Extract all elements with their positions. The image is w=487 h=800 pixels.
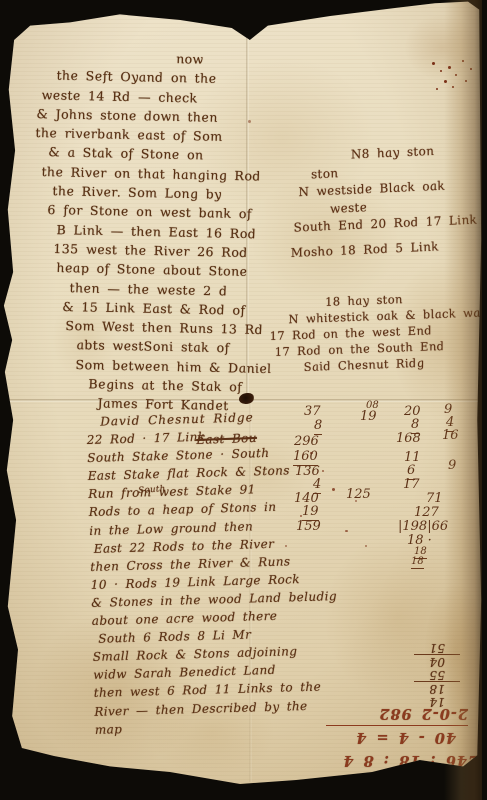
ink-spatter-dot	[440, 70, 442, 72]
handwriting-line: 55	[414, 668, 460, 682]
manuscript-paper: nowthe Seft Oyand on theweste 14 Rd — ch…	[0, 0, 487, 800]
inverted-figure-column: 1418550451	[414, 641, 460, 708]
ink-spatter-dot	[432, 62, 435, 65]
handwriting-line: South End 20 Rod 17 Link	[292, 211, 486, 237]
ink-spatter-dot	[448, 66, 451, 69]
ink-speck	[365, 545, 367, 547]
handwriting-block-upper-left: nowthe Seft Oyand on theweste 14 Rd — ch…	[22, 46, 316, 418]
ink-spatter-dot	[455, 74, 457, 76]
inverted-total-lines: 246 : 18 : 8 440 - 4 = 42-0-2 982	[326, 702, 478, 772]
arithmetic-figure: 159	[296, 519, 321, 534]
handwriting-line: 18	[414, 682, 460, 695]
arithmetic-figure: 296	[294, 434, 319, 449]
arithmetic-figure: 127	[414, 505, 439, 520]
handwriting-block-upper-right: N8 hay stonstonN westside Black oakweste…	[270, 141, 487, 262]
arithmetic-figure: 168	[396, 431, 421, 446]
ink-spatter-dot	[465, 80, 467, 82]
arithmetic-figure: 9	[448, 458, 456, 473]
ink-spatter-dot	[470, 68, 472, 70]
arithmetic-figure: 18	[411, 556, 424, 569]
struck-out-word: East Bou	[196, 431, 257, 447]
ink-spatter-dot	[452, 86, 454, 88]
stain	[405, 15, 480, 80]
ink-speck	[345, 530, 348, 532]
arithmetic-figure: 71	[426, 491, 443, 506]
handwriting-block-middle-right: 18 hay stonN whitestick oak & black waln…	[262, 288, 487, 375]
arithmetic-figure: 17	[403, 477, 420, 492]
ink-spatter-dot	[444, 80, 447, 83]
arithmetic-figure: 19	[360, 409, 377, 424]
scan-background: nowthe Seft Oyand on theweste 14 Rd — ch…	[0, 0, 487, 800]
ink-spatter-dot	[462, 60, 464, 62]
handwriting-line: Mosho 18 Rod 5 Link	[289, 236, 487, 262]
handwriting-line: 2-0-2 982	[326, 702, 468, 726]
arithmetic-figure: 16	[442, 428, 459, 443]
arithmetic-figure: 125	[346, 487, 371, 502]
handwriting-line: 51	[414, 641, 460, 655]
ink-speck	[332, 488, 335, 491]
handwriting-line: 40 - 4 = 4	[326, 726, 456, 749]
arithmetic-figure: 37	[304, 404, 321, 419]
arithmetic-figure: 8	[314, 418, 322, 435]
ink-spatter-dot	[436, 88, 438, 90]
handwriting-block-survey-notes: David Chesnut Ridge22 Rod · 17 LinkSouth…	[86, 407, 300, 738]
arithmetic-figure: |198|66	[398, 519, 448, 534]
handwriting-line: 04	[414, 655, 460, 668]
handwriting-line: 246 : 18 : 8 4	[326, 749, 478, 772]
handwriting-line: now	[175, 49, 262, 70]
inserted-word: South	[138, 484, 166, 496]
ink-speck	[322, 470, 324, 472]
